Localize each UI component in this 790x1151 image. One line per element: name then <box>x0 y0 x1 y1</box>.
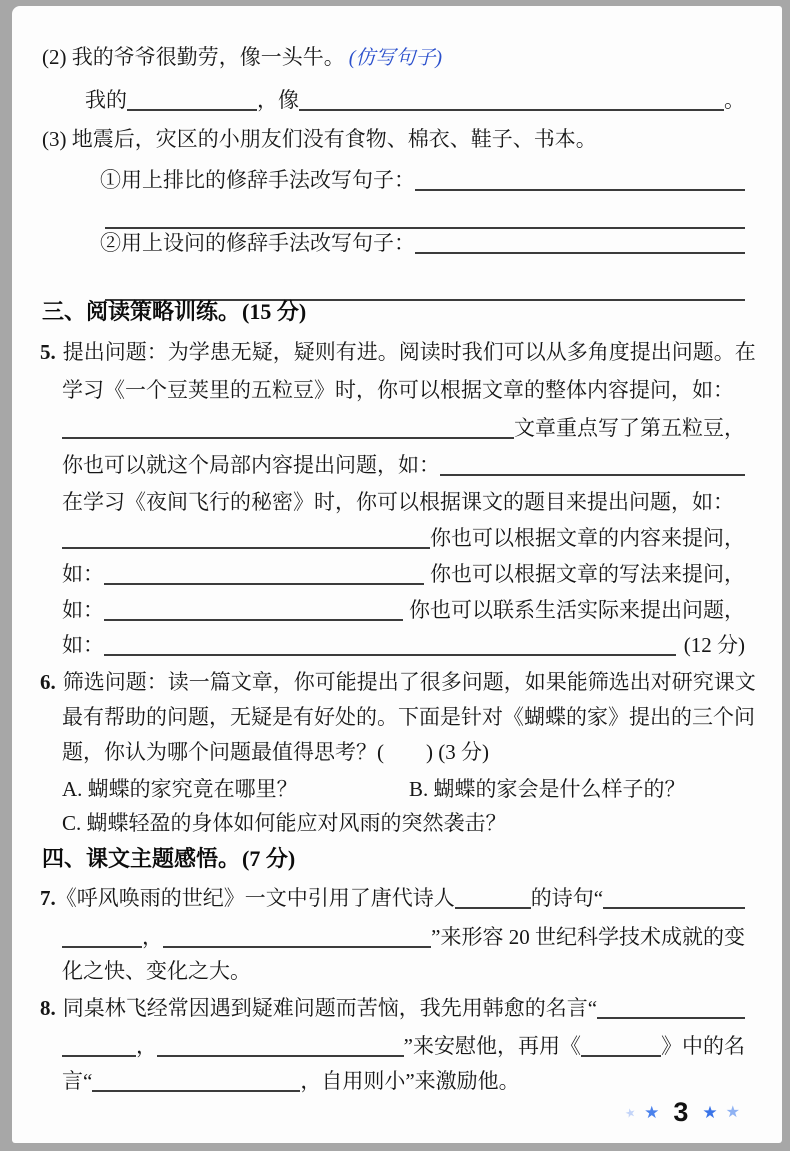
question-5-line5: 在学习《夜间飞行的秘密》时，你可以根据课文的题目来提出问题，如： <box>62 487 734 517</box>
question-text: 文章重点写了第五粒豆， <box>514 413 745 443</box>
sub-question-label: ①用上排比的修辞手法改写句子： <box>100 165 415 195</box>
question-text: 你也可以就这个局部内容提出问题，如： <box>62 450 440 480</box>
screenshot-root: { "colors": { "page_background": "#fdfdf… <box>0 0 790 1151</box>
answer-blank <box>299 89 724 111</box>
star-icon: ★ <box>702 1104 717 1121</box>
page-number: 3 <box>673 1097 688 1128</box>
answer-blank <box>415 232 745 254</box>
answer-blank <box>104 599 403 621</box>
question-6-line1: 6. 筛选问题：读一篇文章，你可能提出了很多问题，如果能筛选出对研究课文 <box>40 667 756 697</box>
option-b: B. 蝴蝶的家会是什么样子的？ <box>409 774 686 804</box>
question-8-line1: 8. 同桌林飞经常因遇到疑难问题而苦恼，我先用韩愈的名言“ <box>40 993 745 1023</box>
question-5-line3: 文章重点写了第五粒豆， <box>62 413 745 443</box>
question-text: 你也可以联系生活实际来提出问题， <box>409 595 745 625</box>
answer-blank <box>127 89 257 111</box>
question-5-line6: 你也可以根据文章的内容来提问， <box>62 523 745 553</box>
question-5-line8: 如： 你也可以联系生活实际来提出问题， <box>62 595 745 625</box>
question-8-line2: ， ”来安慰他，再用《 》中的名 <box>62 1031 745 1061</box>
question-score: (12 分) <box>684 630 745 660</box>
star-icon: ★ <box>644 1104 659 1121</box>
question-text: 学习《一个豆荚里的五粒豆》时，你可以根据文章的整体内容提问，如： <box>62 375 734 405</box>
question-text: 题，你认为哪个问题最值得思考？( ) (3 分) <box>62 737 489 767</box>
section-score: (15 分) <box>242 297 306 327</box>
option-a: A. 蝴蝶的家究竟在哪里？ <box>62 774 298 804</box>
question-number: 7. <box>40 883 56 913</box>
question-text: ， <box>136 1031 157 1061</box>
answer-blank <box>597 997 745 1019</box>
question-text: 》中的名 <box>661 1031 745 1061</box>
question-text: 提出问题：为学患无疑，疑则有进。阅读时我们可以从多角度提出问题。在 <box>63 337 756 367</box>
section-3-heading: 三、阅读策略训练。 (15 分) <box>42 297 306 327</box>
section-title: 四、课文主题感悟。 <box>42 844 240 874</box>
question-2: (2) 我的爷爷很勤劳，像一头牛。 (仿写句子) <box>42 42 442 73</box>
question-3-sub1: ①用上排比的修辞手法改写句子： <box>100 165 745 195</box>
answer-blank <box>455 887 531 909</box>
sub-question-label: ②用上设问的修辞手法改写句子： <box>100 228 415 258</box>
answer-blank <box>581 1035 661 1057</box>
question-text: ，自用则小”来激励他。 <box>300 1066 519 1096</box>
question-6-line2: 最有帮助的问题，无疑是有好处的。下面是针对《蝴蝶的家》提出的三个问 <box>62 702 755 732</box>
question-8-line3: 言“ ，自用则小”来激励他。 <box>62 1066 520 1096</box>
question-7-line2: ， ”来形容 20 世纪科学技术成就的变 <box>62 922 745 952</box>
question-text: ”来形容 20 世纪科学技术成就的变 <box>431 922 745 952</box>
question-6-options-ab: A. 蝴蝶的家究竟在哪里？ B. 蝴蝶的家会是什么样子的？ <box>62 774 745 804</box>
answer-blank <box>163 926 431 948</box>
imitation-sentence-note: (仿写句子) <box>349 43 442 73</box>
question-text: 的诗句“ <box>531 883 603 913</box>
exam-paper-page: (2) 我的爷爷很勤劳，像一头牛。 (仿写句子) 我的 ，像 。 (3) 地震后… <box>12 6 782 1143</box>
answer-blank <box>603 887 745 909</box>
question-text: 言“ <box>62 1066 92 1096</box>
answer-blank <box>92 1070 300 1092</box>
question-5-line1: 5. 提出问题：为学患无疑，疑则有进。阅读时我们可以从多角度提出问题。在 <box>40 337 756 367</box>
question-text: ”来安慰他，再用《 <box>404 1031 581 1061</box>
continuation-answer-line <box>105 275 745 297</box>
question-text: 最有帮助的问题，无疑是有好处的。下面是针对《蝴蝶的家》提出的三个问 <box>62 702 755 732</box>
answer-blank <box>62 1035 136 1057</box>
fill-prefix: 我的 <box>85 85 127 115</box>
question-text: 如： <box>62 559 104 589</box>
question-6-line3: 题，你认为哪个问题最值得思考？( ) (3 分) <box>62 737 489 767</box>
question-3: (3) 地震后，灾区的小朋友们没有食物、棉衣、鞋子、书本。 <box>42 124 597 154</box>
option-c: C. 蝴蝶轻盈的身体如何能应对风雨的突然袭击？ <box>62 808 507 838</box>
answer-blank <box>105 207 745 229</box>
question-text: ， <box>142 922 163 952</box>
question-text: 《呼风唤雨的世纪》一文中引用了唐代诗人 <box>56 883 455 913</box>
question-7-line1: 7. 《呼风唤雨的世纪》一文中引用了唐代诗人 的诗句“ <box>40 883 745 913</box>
question-text: 化之快、变化之大。 <box>62 956 251 986</box>
fill-middle: ，像 <box>257 85 299 115</box>
question-2-answer-line: 我的 ，像 。 <box>85 85 745 115</box>
question-text: 筛选问题：读一篇文章，你可能提出了很多问题，如果能筛选出对研究课文 <box>63 667 756 697</box>
answer-blank <box>440 454 745 476</box>
answer-blank <box>415 169 745 191</box>
page-footer: ★ ★ 3 ★ ★ <box>625 1097 740 1128</box>
question-7-line3: 化之快、变化之大。 <box>62 956 251 986</box>
question-5-line2: 学习《一个豆荚里的五粒豆》时，你可以根据文章的整体内容提问，如： <box>62 375 734 405</box>
answer-blank <box>157 1035 404 1057</box>
question-number: 8. <box>40 993 56 1023</box>
question-text: 你也可以根据文章的写法来提问， <box>430 559 745 589</box>
section-title: 三、阅读策略训练。 <box>42 297 240 327</box>
question-number: 6. <box>40 667 56 697</box>
fill-period: 。 <box>724 85 745 115</box>
section-4-heading: 四、课文主题感悟。 (7 分) <box>42 844 295 874</box>
answer-blank <box>62 926 142 948</box>
answer-blank <box>104 634 676 656</box>
question-2-prompt: (2) 我的爷爷很勤劳，像一头牛。 <box>42 42 345 72</box>
question-5-line4: 你也可以就这个局部内容提出问题，如： <box>62 450 745 480</box>
answer-blank <box>62 527 430 549</box>
star-icon: ★ <box>726 1105 740 1121</box>
question-text: 你也可以根据文章的内容来提问， <box>430 523 745 553</box>
question-5-line7: 如： 你也可以根据文章的写法来提问， <box>62 559 745 589</box>
question-text: 如： <box>62 595 104 625</box>
question-text: 同桌林飞经常因遇到疑难问题而苦恼，我先用韩愈的名言“ <box>63 993 597 1023</box>
question-3-sub2: ②用上设问的修辞手法改写句子： <box>100 228 745 258</box>
continuation-answer-line <box>105 203 745 225</box>
question-text: 如： <box>62 630 104 660</box>
question-3-prompt: (3) 地震后，灾区的小朋友们没有食物、棉衣、鞋子、书本。 <box>42 124 597 154</box>
question-text: 在学习《夜间飞行的秘密》时，你可以根据课文的题目来提出问题，如： <box>62 487 734 517</box>
star-icon: ★ <box>624 1105 637 1119</box>
answer-blank <box>104 563 424 585</box>
question-number: 5. <box>40 337 56 367</box>
answer-blank <box>62 417 514 439</box>
question-6-option-c: C. 蝴蝶轻盈的身体如何能应对风雨的突然袭击？ <box>62 808 507 838</box>
section-score: (7 分) <box>242 844 295 874</box>
question-5-line9: 如： (12 分) <box>62 630 745 660</box>
